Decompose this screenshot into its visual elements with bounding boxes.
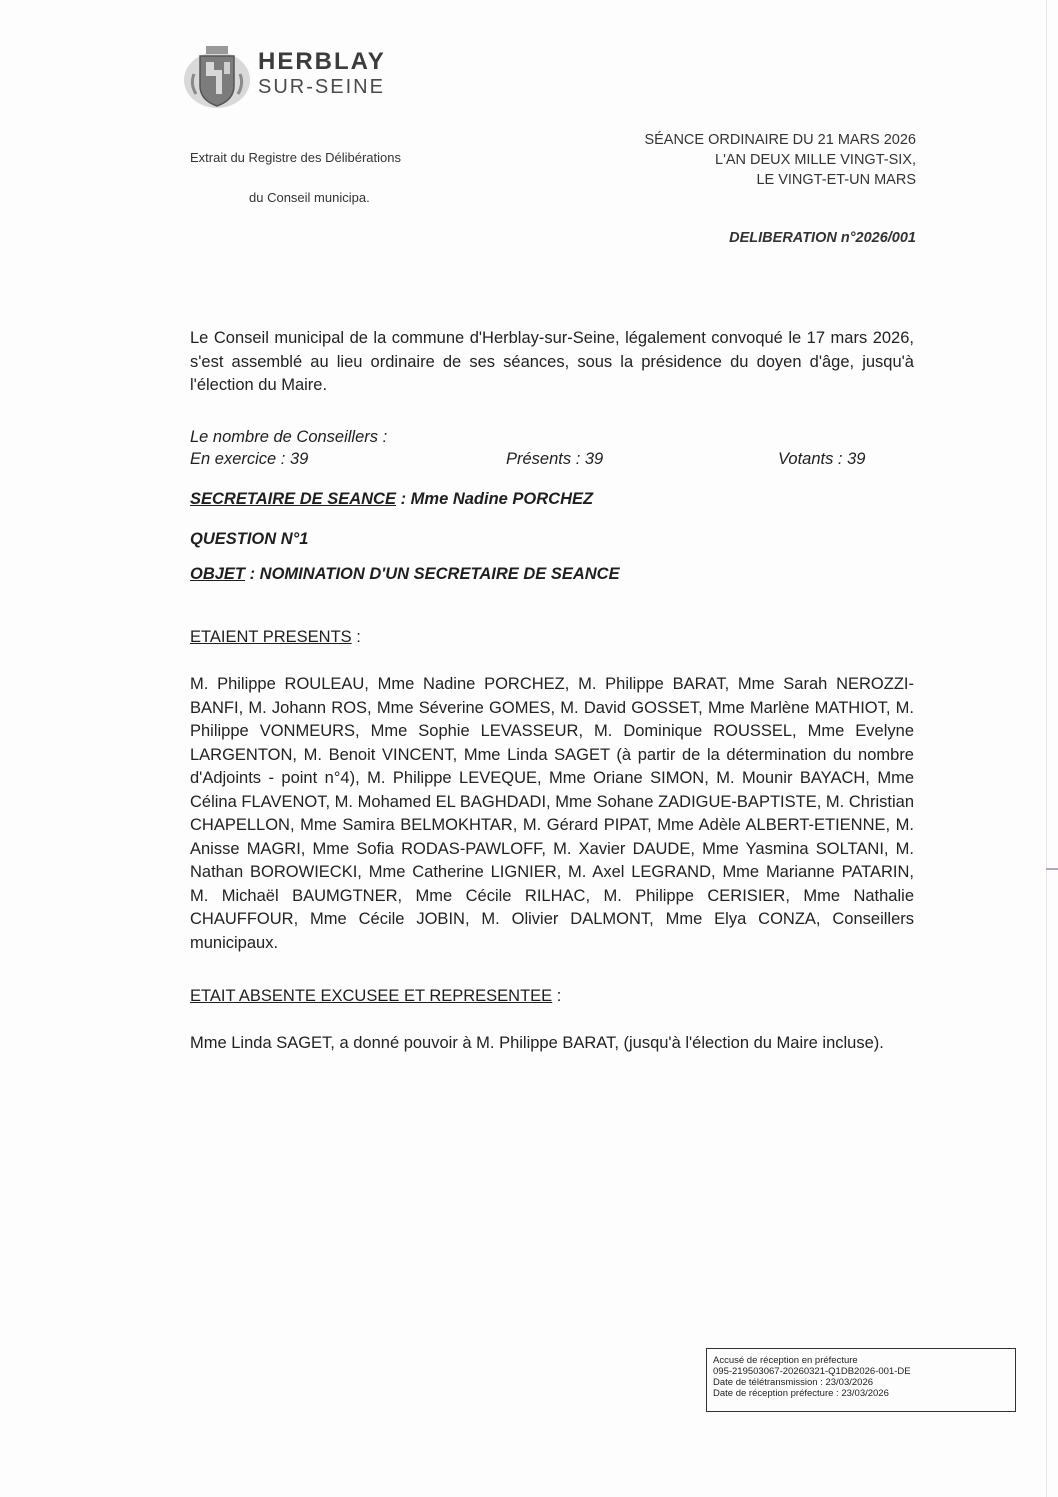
presents-list: M. Philippe ROULEAU, Mme Nadine PORCHEZ,… [190,673,914,955]
session-date: SÉANCE ORDINAIRE DU 21 MARS 2026 [644,130,916,150]
objet-line: OBJET : NOMINATION D'UN SECRETAIRE DE SE… [190,565,620,584]
session-day: LE VINGT-ET-UN MARS [644,170,916,190]
absent-heading-line: ETAIT ABSENTE EXCUSEE ET REPRESENTEE : [190,987,561,1006]
herblay-logo: HERBLAY SUR-SEINE [178,40,408,112]
intro-paragraph: Le Conseil municipal de la commune d'Her… [190,327,914,398]
register-subtitle: du Conseil municipa. [249,190,370,205]
presents-heading: ETAIENT PRESENTS [190,628,352,646]
register-title: Extrait du Registre des Délibérations [190,150,401,165]
stamp-line-2: 095-219503067-20260321-Q1DB2026-001-DE [713,1366,1015,1377]
absent-heading-suffix: : [552,987,561,1005]
question-number: QUESTION N°1 [190,530,308,549]
count-en-exercice: En exercice : 39 [190,450,308,469]
counts-label: Le nombre de Conseillers : [190,428,387,447]
secretaire-label: SECRETAIRE DE SEANCE [190,490,396,508]
stamp-line-1: Accusé de réception en préfecture [713,1355,1015,1366]
secretaire-value: : Mme Nadine PORCHEZ [396,490,593,508]
logo-text-herblay: HERBLAY [258,48,386,76]
city-crest-icon [182,44,252,110]
session-info: SÉANCE ORDINAIRE DU 21 MARS 2026 L'AN DE… [644,130,916,190]
count-presents: Présents : 39 [506,450,603,469]
deliberation-number: DELIBERATION n°2026/001 [729,230,916,246]
objet-value: : NOMINATION D'UN SECRETAIRE DE SEANCE [245,565,620,583]
presents-heading-line: ETAIENT PRESENTS : [190,628,361,647]
page-edge [1046,0,1047,1497]
count-votants: Votants : 39 [778,450,865,469]
objet-label: OBJET [190,565,245,583]
stamp-line-3: Date de télétransmission : 23/03/2026 [713,1377,1015,1388]
logo-text-sur-seine: SUR-SEINE [258,76,385,99]
stamp-line-4: Date de réception préfecture : 23/03/202… [713,1388,1015,1399]
absent-heading: ETAIT ABSENTE EXCUSEE ET REPRESENTEE [190,987,552,1005]
absent-text: Mme Linda SAGET, a donné pouvoir à M. Ph… [190,1032,914,1056]
secretaire-line: SECRETAIRE DE SEANCE : Mme Nadine PORCHE… [190,490,593,509]
session-year: L'AN DEUX MILLE VINGT-SIX, [644,150,916,170]
page-edge-mark [1046,868,1058,870]
prefecture-receipt-stamp: Accusé de réception en préfecture 095-21… [706,1348,1016,1412]
presents-heading-suffix: : [352,628,361,646]
